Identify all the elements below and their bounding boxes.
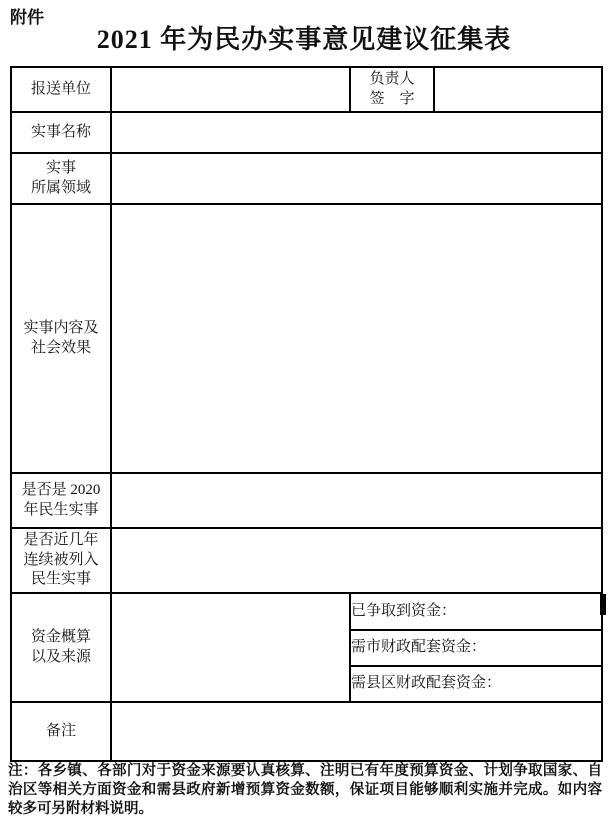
row-remarks: 备注 — [11, 702, 602, 761]
remarks-value-cell — [111, 702, 602, 761]
form-title: 2021 年为民办实事意见建议征集表 — [0, 26, 608, 55]
matter-field-label: 实事 所属领域 — [11, 153, 111, 204]
responsible-sign-label: 负责人 签 字 — [350, 67, 434, 112]
report-unit-value-cell — [111, 67, 350, 112]
scan-artifact-mark — [600, 594, 606, 615]
row-matter-name: 实事名称 — [11, 112, 602, 153]
budget-city-matching-funds-cell: 需市财政配套资金： — [350, 630, 602, 666]
budget-county-matching-funds-cell: 需县区财政配套资金： — [350, 666, 602, 702]
remarks-label: 备注 — [11, 702, 111, 761]
consecutive-listed-value-cell — [111, 528, 602, 593]
matter-field-value-cell — [111, 153, 602, 204]
row-matter-field: 实事 所属领域 — [11, 153, 602, 204]
budget-source-value-cell — [111, 593, 350, 702]
consecutive-listed-label: 是否近几年 连续被列入 民生实事 — [11, 528, 111, 593]
budget-source-label: 资金概算 以及来源 — [11, 593, 111, 702]
row-matter-content: 实事内容及 社会效果 — [11, 204, 602, 473]
document-page: { "page": { "attachment_label": "附件", "t… — [0, 0, 608, 831]
matter-content-label: 实事内容及 社会效果 — [11, 204, 111, 473]
row-report-unit: 报送单位 负责人 签 字 — [11, 67, 602, 112]
is-2020-livelihood-label: 是否是 2020 年民生实事 — [11, 473, 111, 528]
form-table: 报送单位 负责人 签 字 实事名称 实事 所属领域 实事内容及 社会效果 是否是… — [10, 66, 603, 762]
responsible-sign-value-cell — [434, 67, 602, 112]
attachment-label: 附件 — [10, 3, 44, 28]
is-2020-livelihood-value-cell — [111, 473, 602, 528]
row-consecutive-listed: 是否近几年 连续被列入 民生实事 — [11, 528, 602, 593]
row-is-2020-livelihood: 是否是 2020 年民生实事 — [11, 473, 602, 528]
footnote: 注：各乡镇、各部门对于资金来源要认真核算、注明已有年度预算资金、计划争取国家、自… — [8, 762, 602, 819]
budget-obtained-funds-cell: 已争取到资金： — [350, 593, 602, 630]
matter-name-label: 实事名称 — [11, 112, 111, 153]
matter-name-value-cell — [111, 112, 602, 153]
report-unit-label: 报送单位 — [11, 67, 111, 112]
matter-content-value-cell — [111, 204, 602, 473]
row-budget-source: 资金概算 以及来源 已争取到资金： — [11, 593, 602, 630]
